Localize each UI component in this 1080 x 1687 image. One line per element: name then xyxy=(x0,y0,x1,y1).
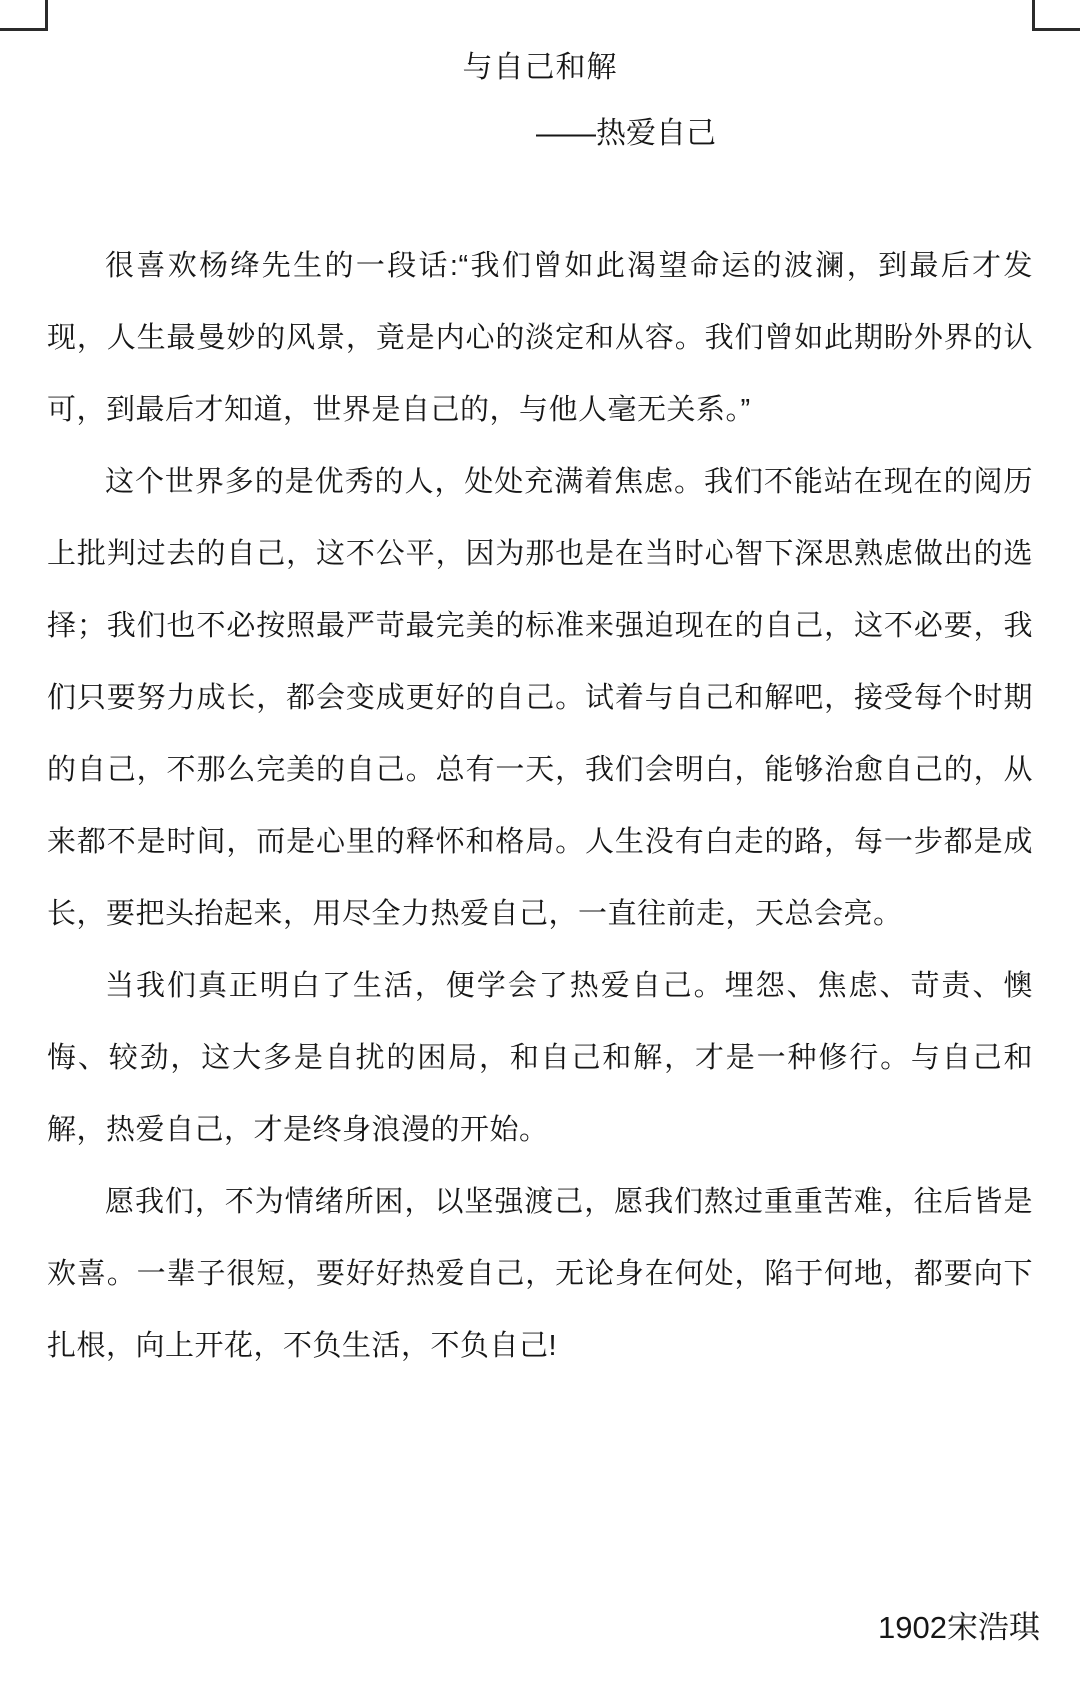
essay-subtitle-text: ——热爱自己 xyxy=(536,117,716,150)
essay-body: 很喜欢杨绛先生的一段话:“我们曾如此渴望命运的波澜，到最后才发现，人生最曼妙的风… xyxy=(0,230,1080,1382)
corner-crop-mark-icon xyxy=(1032,0,1080,31)
essay-paragraph: 很喜欢杨绛先生的一段话:“我们曾如此渴望命运的波澜，到最后才发现，人生最曼妙的风… xyxy=(47,230,1033,446)
essay-title: 与自己和解 xyxy=(0,0,1080,84)
essay-subtitle: ——热爱自己 xyxy=(0,118,1080,150)
essay-paragraph: 当我们真正明白了生活，便学会了热爱自己。埋怨、焦虑、苛责、懊悔、较劲，这大多是自… xyxy=(47,950,1033,1166)
corner-crop-mark-icon xyxy=(0,0,48,31)
essay-page: 与自己和解 ——热爱自己 很喜欢杨绛先生的一段话:“我们曾如此渴望命运的波澜，到… xyxy=(0,0,1080,1687)
author-signature: 1902宋浩琪 xyxy=(878,1608,1040,1648)
essay-paragraph: 愿我们，不为情绪所困，以坚强渡己，愿我们熬过重重苦难，往后皆是欢喜。一辈子很短，… xyxy=(47,1166,1033,1382)
essay-paragraph: 这个世界多的是优秀的人，处处充满着焦虑。我们不能站在现在的阅历上批判过去的自己，… xyxy=(47,446,1033,950)
